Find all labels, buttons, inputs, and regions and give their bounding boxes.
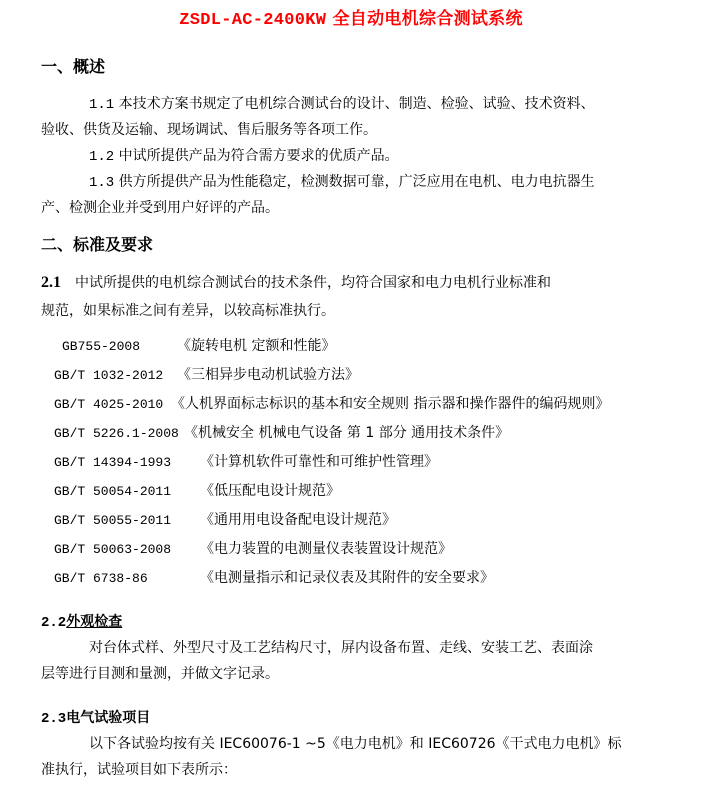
standard-item: GB/T 4025-2010《人机界面标志标识的基本和安全规则 指示器和操作器件…	[54, 391, 609, 418]
section2-heading: 二、标准及要求	[41, 232, 153, 255]
section1-heading: 一、概述	[41, 54, 105, 77]
standard-item: GB/T 5226.1-2008《机械安全 机械电气设备 第 1 部分 通用技术…	[54, 420, 509, 447]
item-2-2-line2: 层等进行目测和量测，并做文字记录。	[41, 661, 279, 687]
standard-item: GB/T 14394-1993《计算机软件可靠性和可维护性管理》	[54, 449, 438, 476]
item-2-3-line2: 准执行，试验项目如下表所示：	[41, 757, 237, 783]
item-1-3-line2: 产、检测企业并受到用户好评的产品。	[41, 195, 279, 221]
item-1-2: 1.2 中试所提供产品为符合需方要求的优质产品。	[89, 143, 399, 170]
item-2-1-line2: 规范，如果标准之间有差异，以较高标准执行。	[41, 298, 335, 324]
item-2-3-line1: 以下各试验均按有关 IEC60076-1 ~5《电力电机》和 IEC60726《…	[89, 731, 622, 757]
standard-item: GB/T 50055-2011《通用用电设备配电设计规范》	[54, 507, 396, 534]
item-2-1-line1: 2.1中试所提供的电机综合测试台的技术条件，均符合国家和电力电机行业标准和	[41, 270, 551, 296]
standard-item: GB/T 50054-2011《低压配电设计规范》	[54, 478, 340, 505]
item-2-2-line1: 对台体式样、外型尺寸及工艺结构尺寸，屏内设备布置、走线、安装工艺、表面涂	[89, 635, 593, 661]
document-page: ZSDL-AC-2400KW 全自动电机综合测试系统 一、概述 1.1 本技术方…	[0, 0, 702, 788]
item-1-3-line1: 1.3 供方所提供产品为性能稳定，检测数据可靠，广泛应用在电机、电力电抗器生	[89, 169, 595, 196]
title-code: ZSDL-AC-2400KW	[179, 11, 326, 30]
document-title: ZSDL-AC-2400KW 全自动电机综合测试系统	[0, 4, 702, 30]
item-2-2-heading: 2.2外观检查	[41, 611, 122, 631]
item-2-3-heading: 2.3电气试验项目	[41, 707, 150, 727]
title-text: 全自动电机综合测试系统	[332, 9, 522, 29]
item-1-1-line1: 1.1 本技术方案书规定了电机综合测试台的设计、制造、检验、试验、技术资料、	[89, 91, 595, 118]
standard-item: GB/T 50063-2008《电力装置的电测量仪表装置设计规范》	[54, 536, 452, 563]
standard-item: GB/T 1032-2012《三相异步电动机试验方法》	[54, 362, 359, 389]
item-1-1-line2: 验收、供货及运输、现场调试、售后服务等各项工作。	[41, 117, 377, 143]
standard-item: GB/T 6738-86《电测量指示和记录仪表及其附件的安全要求》	[54, 565, 494, 592]
standard-item: GB755-2008《旋转电机 定额和性能》	[62, 333, 335, 360]
